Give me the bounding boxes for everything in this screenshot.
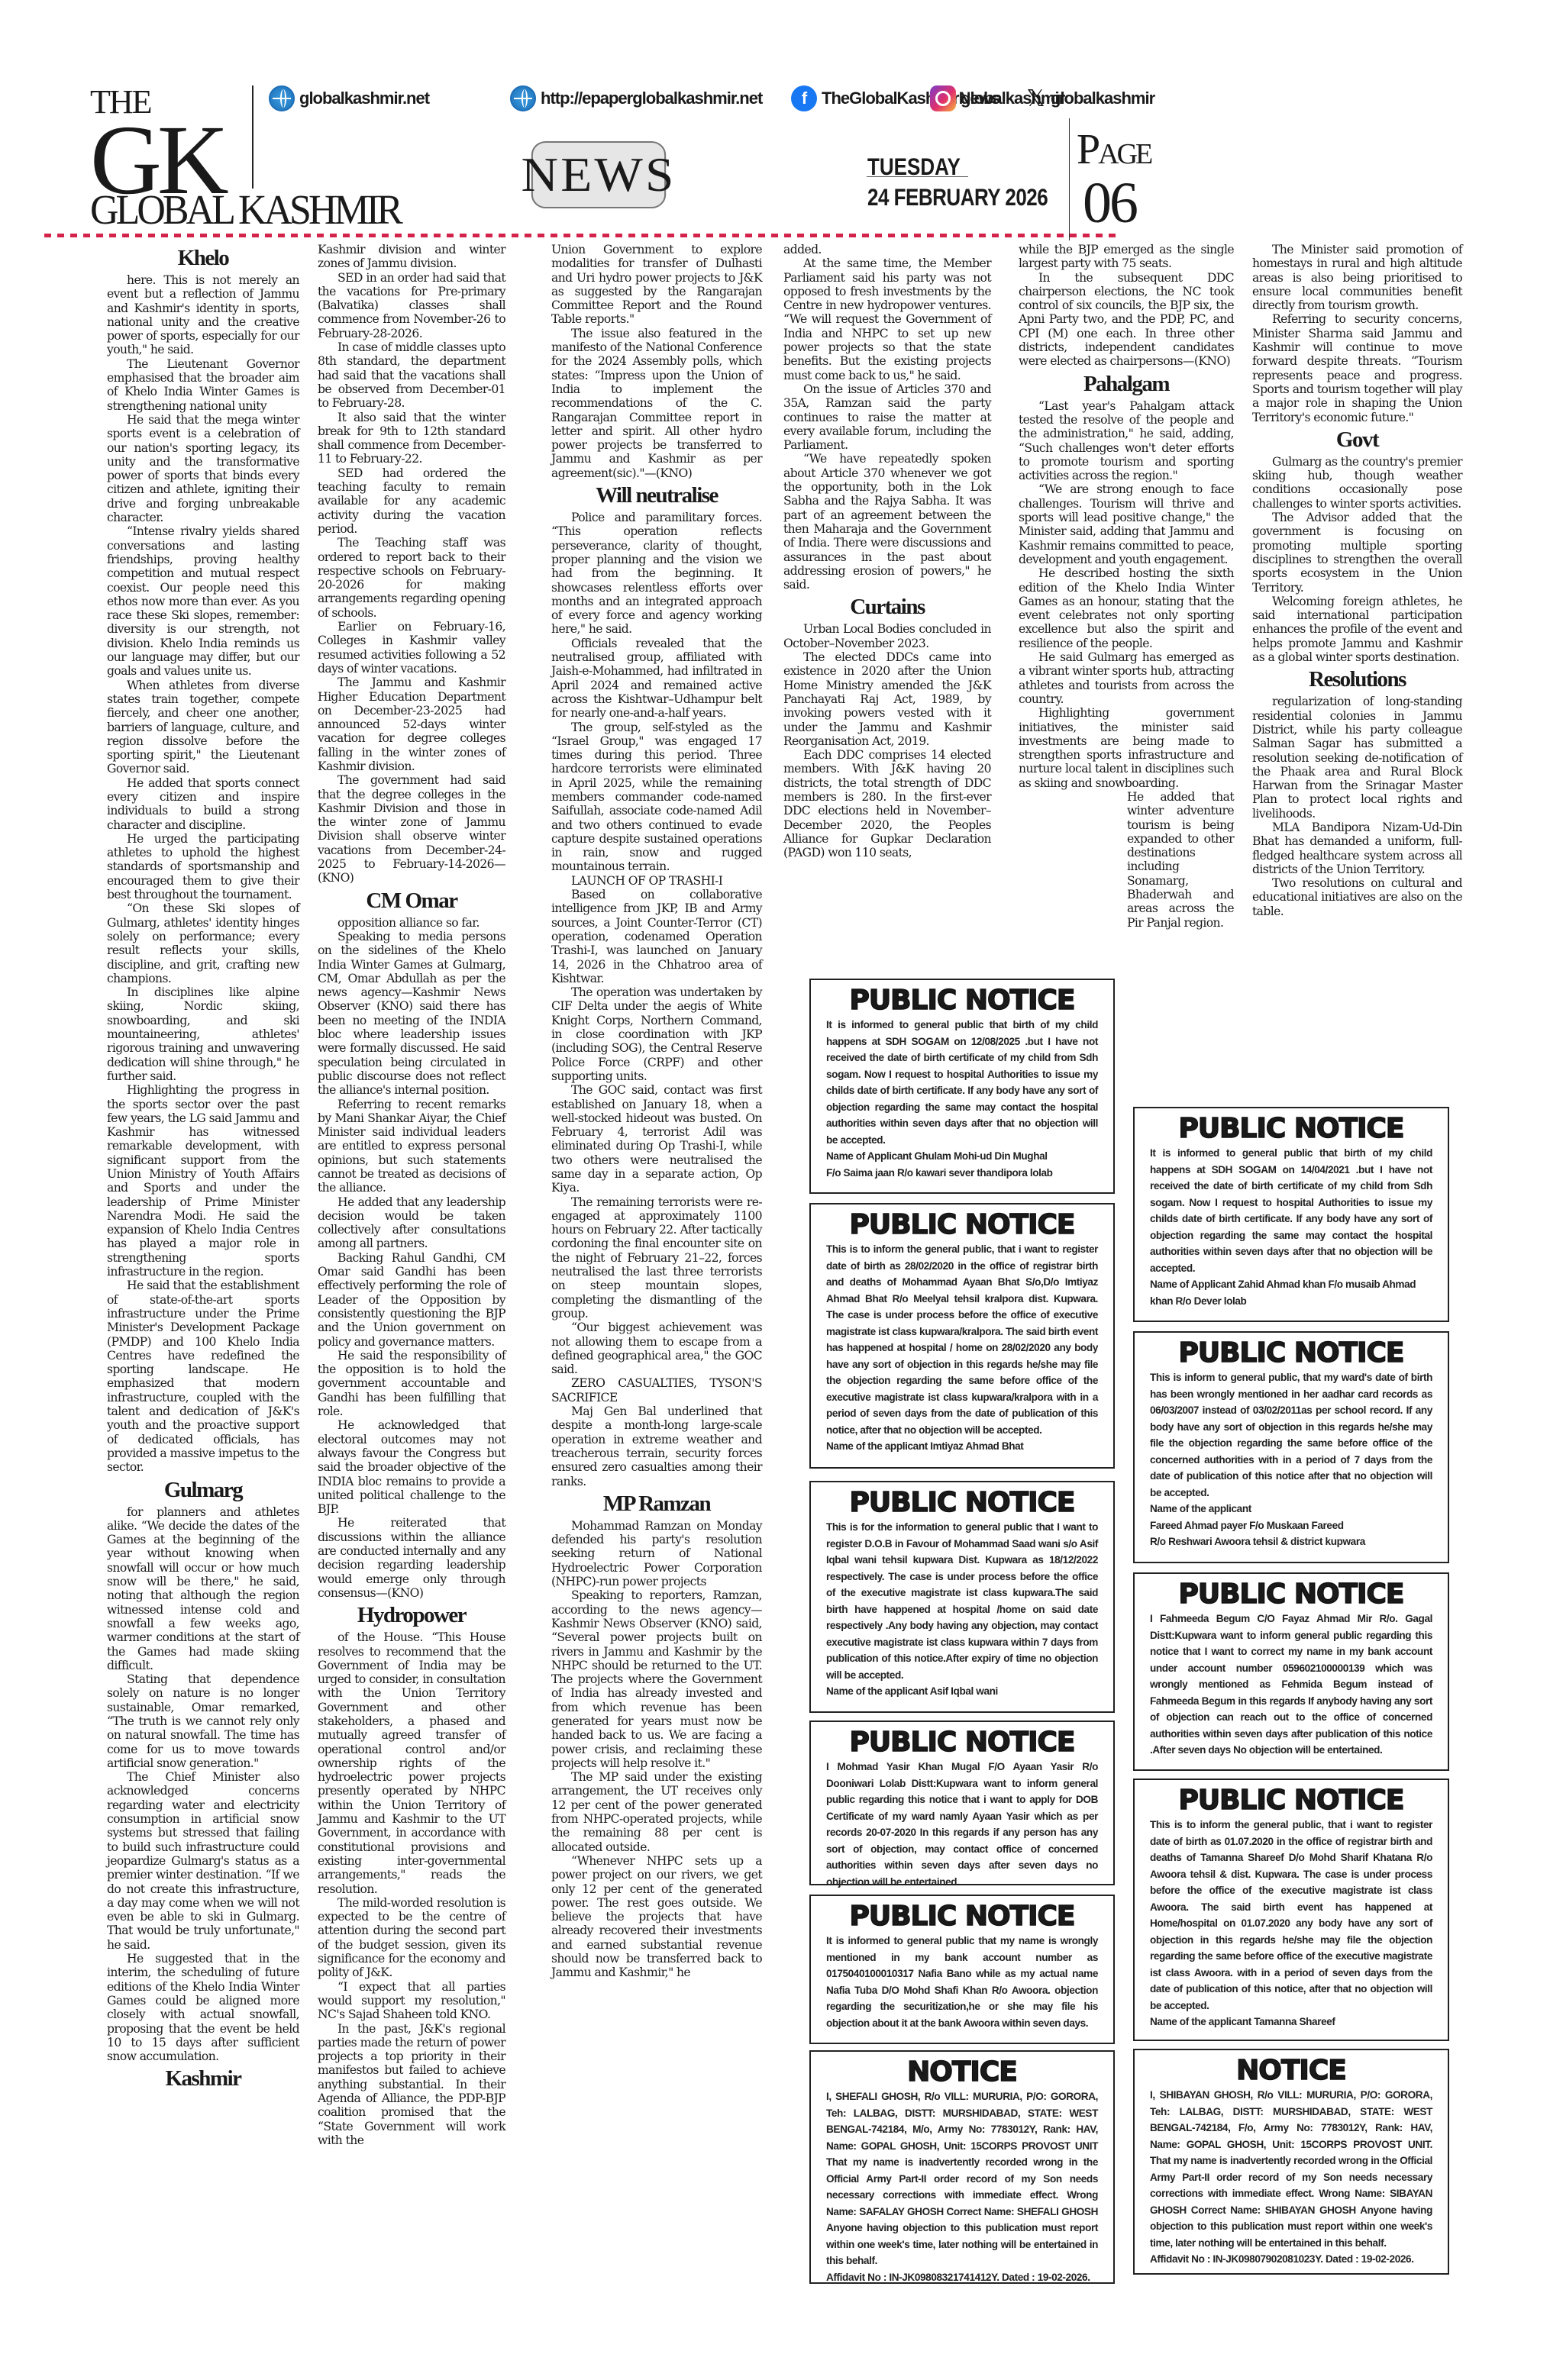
globe-icon xyxy=(510,85,536,111)
notice-title: PUBLIC NOTICE xyxy=(1150,1339,1432,1368)
paragraph: Gulmarg as the country's premier skiing … xyxy=(1252,455,1462,511)
public-notice: PUBLIC NOTICE It is informed to general … xyxy=(1133,1107,1449,1322)
paragraph: He added that sports connect every citiz… xyxy=(107,776,299,832)
paragraph: It also said that the winter break for 9… xyxy=(318,411,505,466)
paragraph: He said the responsibility of the opposi… xyxy=(318,1349,505,1418)
notice-body: This is inform to general public, that m… xyxy=(1150,1369,1432,1501)
paragraph: In disciplines like alpine skiing, Nordi… xyxy=(107,985,299,1083)
paragraph: The Jammu and Kashmir Higher Education D… xyxy=(318,676,505,773)
subhead: ZERO CASUALTIES, TYSON'S SACRIFICE xyxy=(551,1376,762,1404)
paragraph: “Whenever NHPC sets up a power project o… xyxy=(551,1854,762,1980)
paragraph: added. xyxy=(783,243,991,256)
notice-applicant: Name of the applicant Asif Iqbal wani xyxy=(826,1683,1098,1700)
page-label-initial: P xyxy=(1077,126,1098,173)
paragraph: The remaining terrorists were re-engaged… xyxy=(551,1195,762,1321)
jump-headline-cm-omar: CM Omar xyxy=(318,888,505,913)
jump-headline-gulmarg: Gulmarg xyxy=(107,1478,299,1502)
paragraph: The Minister said promotion of homestays… xyxy=(1252,243,1462,312)
page-number: 06 xyxy=(1083,174,1136,232)
page-label-rest: AGE xyxy=(1098,138,1151,170)
paragraph: Highlighting the progress in the sports … xyxy=(107,1083,299,1279)
social-link-website[interactable]: globalkashmir.net xyxy=(269,85,429,111)
public-notice: PUBLIC NOTICE It is informed to general … xyxy=(809,1895,1115,2044)
paragraph: SED in an order had said that the vacati… xyxy=(318,271,505,340)
notice-affidavit: Affidavit No : IN-JK09807902081023Y. Dat… xyxy=(1150,2251,1432,2268)
paragraph: He said Gulmarg has emerged as a vibrant… xyxy=(1019,650,1234,706)
jump-headline-khelo: Khelo xyxy=(107,246,299,270)
paragraph: Mohammad Ramzan on Monday defended his p… xyxy=(551,1519,762,1588)
social-link-epaper[interactable]: http://epaperglobalkashmir.net xyxy=(510,85,762,111)
notice-title: PUBLIC NOTICE xyxy=(826,986,1098,1015)
public-notice: PUBLIC NOTICE This is inform to general … xyxy=(1133,1331,1449,1563)
page-divider xyxy=(1069,118,1070,240)
notice-applicant: Fareed Ahmad payer F/o Muskaan Fareed xyxy=(1150,1517,1432,1534)
notice-body: I Fahmeeda Begum C/O Fayaz Ahmad Mir R/o… xyxy=(1150,1611,1432,1759)
public-notice: PUBLIC NOTICE This is for the informatio… xyxy=(809,1481,1115,1713)
paragraph: The Teaching staff was ordered to report… xyxy=(318,536,505,620)
column-5: while the BJP emerged as the single larg… xyxy=(1019,243,1234,930)
section-label: NEWS xyxy=(522,147,677,203)
globe-icon xyxy=(269,85,295,111)
column-3: Union Government to explore modalities f… xyxy=(551,243,762,1980)
social-label: globalkashmir.net xyxy=(299,89,429,108)
paragraph: The operation was undertaken by CIF Delt… xyxy=(551,985,762,1083)
paragraph: Based on collaborative intelligence from… xyxy=(551,888,762,985)
notice-body: This is for the information to general p… xyxy=(826,1519,1098,1683)
section-badge-news: NEWS xyxy=(531,141,666,208)
notice: NOTICE I, SHEFALI GHOSH, R/o VILL: MURUR… xyxy=(809,2050,1115,2284)
jump-headline-hydropower: Hydropower xyxy=(318,1603,505,1627)
jump-headline-pahalgam: Pahalgam xyxy=(1019,372,1234,396)
paragraph: The Lieutenant Governor emphasised that … xyxy=(107,357,299,413)
masthead-dashed-rule xyxy=(44,234,1121,237)
notice-title: PUBLIC NOTICE xyxy=(1150,1580,1432,1609)
notice-title: PUBLIC NOTICE xyxy=(826,1728,1098,1757)
paragraph: He suggested that in the interim, the sc… xyxy=(107,1952,299,2063)
social-label: http://epaperglobalkashmir.net xyxy=(541,89,762,108)
paragraph: “We have repeatedly spoken about Article… xyxy=(783,452,991,592)
masthead-divider xyxy=(252,85,253,189)
paragraph: Maj Gen Bal underlined that despite a mo… xyxy=(551,1404,762,1488)
notice-body: It is informed to general public that bi… xyxy=(826,1017,1098,1148)
paragraph: Welcoming foreign athletes, he said inte… xyxy=(1252,595,1462,664)
paragraph: The mild-worded resolution is expected t… xyxy=(318,1896,505,1980)
public-notice: PUBLIC NOTICE It is informed to general … xyxy=(809,979,1115,1194)
paragraph: “Intense rivalry yields shared conversat… xyxy=(107,524,299,678)
paragraph: The issue also featured in the manifesto… xyxy=(551,327,762,480)
column-2: Kashmir division and winter zones of Jam… xyxy=(318,243,505,2147)
paragraph: Officials revealed that the neutralised … xyxy=(551,637,762,721)
jump-headline-curtains: Curtains xyxy=(783,595,991,619)
paragraph: He described hosting the sixth edition o… xyxy=(1019,566,1234,650)
paragraph: regularization of long-standing resident… xyxy=(1252,695,1462,821)
notice-body: I Mohmad Yasir Khan Mugal F/O Ayaan Yasi… xyxy=(826,1759,1098,1890)
paragraph: here. This is not merely an event but a … xyxy=(107,273,299,357)
notice-applicant: Name of the applicant Imtiyaz Ahmad Bhat xyxy=(826,1438,1098,1455)
public-notice: PUBLIC NOTICE This is to inform the gene… xyxy=(809,1203,1115,1469)
paragraph: In the past, J&K's regional parties made… xyxy=(318,2022,505,2148)
paragraph: In the subsequent DDC chairperson electi… xyxy=(1019,271,1234,369)
paragraph: In case of middle classes upto 8th stand… xyxy=(318,340,505,410)
paragraph: Backing Rahul Gandhi, CM Omar said Gandh… xyxy=(318,1251,505,1349)
column-1: Khelo here. This is not merely an event … xyxy=(107,243,299,2094)
notice-body: This is to inform the general public, th… xyxy=(1150,1817,1432,2014)
paragraph: “Our biggest achievement was not allowin… xyxy=(551,1321,762,1376)
column-6: The Minister said promotion of homestays… xyxy=(1252,243,1462,918)
paragraph: He reiterated that discussions within th… xyxy=(318,1516,505,1600)
notice-title: PUBLIC NOTICE xyxy=(826,1902,1098,1931)
paragraph: On the issue of Articles 370 and 35A, Ra… xyxy=(783,382,991,452)
paragraph: He said that the mega winter sports even… xyxy=(107,413,299,524)
paragraph: SED had ordered the teaching faculty to … xyxy=(318,466,505,536)
paragraph: “I expect that all parties would support… xyxy=(318,1980,505,2022)
jump-headline-resolutions: Resolutions xyxy=(1252,667,1462,692)
public-notice: PUBLIC NOTICE I Fahmeeda Begum C/O Fayaz… xyxy=(1133,1572,1449,1771)
paragraph: Two resolutions on cultural and educatio… xyxy=(1252,876,1462,918)
paragraph: At the same time, the Member Parliament … xyxy=(783,256,991,382)
public-notice: PUBLIC NOTICE I Mohmad Yasir Khan Mugal … xyxy=(809,1721,1115,1885)
facebook-icon: f xyxy=(791,85,817,111)
notice: NOTICE I, SHIBAYAN GHOSH, R/o VILL: MURU… xyxy=(1133,2049,1449,2275)
date-divider xyxy=(867,176,968,177)
paragraph: “Last year's Pahalgam attack tested the … xyxy=(1019,399,1234,483)
paragraph: of the House. “This House resolves to re… xyxy=(318,1630,505,1896)
column-4: added. At the same time, the Member Parl… xyxy=(783,243,991,859)
paragraph: The Chief Minister also acknowledged con… xyxy=(107,1770,299,1952)
paragraph: He added that any leadership decision wo… xyxy=(318,1195,505,1251)
notice-body: This is to inform the general public, th… xyxy=(826,1241,1098,1438)
paragraph: Stating that dependence solely on nature… xyxy=(107,1672,299,1770)
social-label: globalkashmir xyxy=(1051,89,1154,108)
notice-title: NOTICE xyxy=(1150,2056,1432,2085)
paragraph: Earlier on February-16, Colleges in Kash… xyxy=(318,620,505,676)
paragraph: The elected DDCs came into existence in … xyxy=(783,650,991,748)
notice-title: PUBLIC NOTICE xyxy=(1150,1114,1432,1143)
notice-body: I, SHEFALI GHOSH, R/o VILL: MURURIA, P/O… xyxy=(826,2088,1098,2269)
notice-body: It is informed to general public that my… xyxy=(826,1933,1098,2031)
notice-affidavit: Affidavit No : IN-JK09808321741412Y. Dat… xyxy=(826,2269,1098,2286)
jump-headline-will-neutralise: Will neutralise xyxy=(551,483,762,508)
paragraph: Referring to recent remarks by Mani Shan… xyxy=(318,1098,505,1195)
notice-title: PUBLIC NOTICE xyxy=(1150,1786,1432,1815)
jump-headline-govt: Govt xyxy=(1252,427,1462,452)
notice-body: I, SHIBAYAN GHOSH, R/o VILL: MURURIA, P/… xyxy=(1150,2087,1432,2251)
notice-title: NOTICE xyxy=(826,2058,1098,2087)
paragraph: He acknowledged that electoral outcomes … xyxy=(318,1418,505,1516)
paragraph: The GOC said, contact was first establis… xyxy=(551,1083,762,1195)
notice-applicant: Name of the applicant xyxy=(1150,1501,1432,1517)
notice-title: PUBLIC NOTICE xyxy=(826,1488,1098,1517)
notice-body: It is informed to general public that bi… xyxy=(1150,1145,1432,1276)
jump-headline-mp-ramzan: MP Ramzan xyxy=(551,1492,762,1516)
notice-applicant: Name of the applicant Tamanna Shareef xyxy=(1150,2014,1432,2030)
paragraph: while the BJP emerged as the single larg… xyxy=(1019,243,1234,271)
notice-applicant: Name of Applicant Ghulam Mohi-ud Din Mug… xyxy=(826,1148,1098,1165)
notice-applicant: Name of Applicant Zahid Ahmad khan F/o m… xyxy=(1150,1276,1432,1309)
paragraph: Police and paramilitary forces. “This op… xyxy=(551,511,762,637)
paragraph: opposition alliance so far. xyxy=(318,916,505,930)
x-icon: 𝕏 xyxy=(1025,85,1046,111)
paragraph: He said that the establishment of state-… xyxy=(107,1279,299,1474)
paragraph: “We are strong enough to face challenges… xyxy=(1019,482,1234,566)
paragraph: Urban Local Bodies concluded in October–… xyxy=(783,622,991,650)
notice-title: PUBLIC NOTICE xyxy=(826,1211,1098,1240)
public-notice: PUBLIC NOTICE This is to inform the gene… xyxy=(1133,1779,1449,2041)
paragraph: Speaking to reporters, Ramzan, according… xyxy=(551,1588,762,1770)
notice-applicant: R/o Reshwari Awoora tehsil & district ku… xyxy=(1150,1533,1432,1550)
paragraph: Kashmir division and winter zones of Jam… xyxy=(318,243,505,271)
paragraph: He urged the participating athletes to u… xyxy=(107,832,299,901)
social-link-x[interactable]: 𝕏 globalkashmir xyxy=(1025,85,1154,111)
paragraph: The MP said under the existing arrangeme… xyxy=(551,1770,762,1854)
paragraph: Referring to security concerns, Minister… xyxy=(1252,312,1462,424)
paragraph: When athletes from diverse states train … xyxy=(107,679,299,776)
paragraph: MLA Bandipora Nizam-Ud-Din Bhat has dema… xyxy=(1252,821,1462,876)
subhead: LAUNCH OF OP TRASHI-I xyxy=(551,874,762,888)
paragraph: “On these Ski slopes of Gulmarg, athlete… xyxy=(107,901,299,985)
paragraph: Union Government to explore modalities f… xyxy=(551,243,762,327)
issue-date: 24 FEBRUARY 2026 xyxy=(867,183,1048,211)
paragraph: He added that winter adventure tourism i… xyxy=(1127,790,1234,930)
notice-applicant: F/o Saima jaan R/o kawari sever thandipo… xyxy=(826,1165,1098,1182)
paragraph: for planners and athletes alike. “We dec… xyxy=(107,1505,299,1673)
masthead-name: GLOBAL KASHMIR xyxy=(90,190,400,232)
paragraph: The Advisor added that the government is… xyxy=(1252,511,1462,595)
paragraph: Speaking to media persons on the sidelin… xyxy=(318,930,505,1098)
instagram-icon xyxy=(930,85,956,111)
paragraph: Each DDC comprises 14 elected members. W… xyxy=(783,748,991,859)
jump-headline-kashmir: Kashmir xyxy=(107,2066,299,2091)
paragraph: The government had said that the degree … xyxy=(318,773,505,885)
page-label: PAGE xyxy=(1077,128,1151,171)
paragraph: Highlighting government initiatives, the… xyxy=(1019,706,1234,790)
paragraph: The group, self-styled as the “Israel Gr… xyxy=(551,721,762,874)
